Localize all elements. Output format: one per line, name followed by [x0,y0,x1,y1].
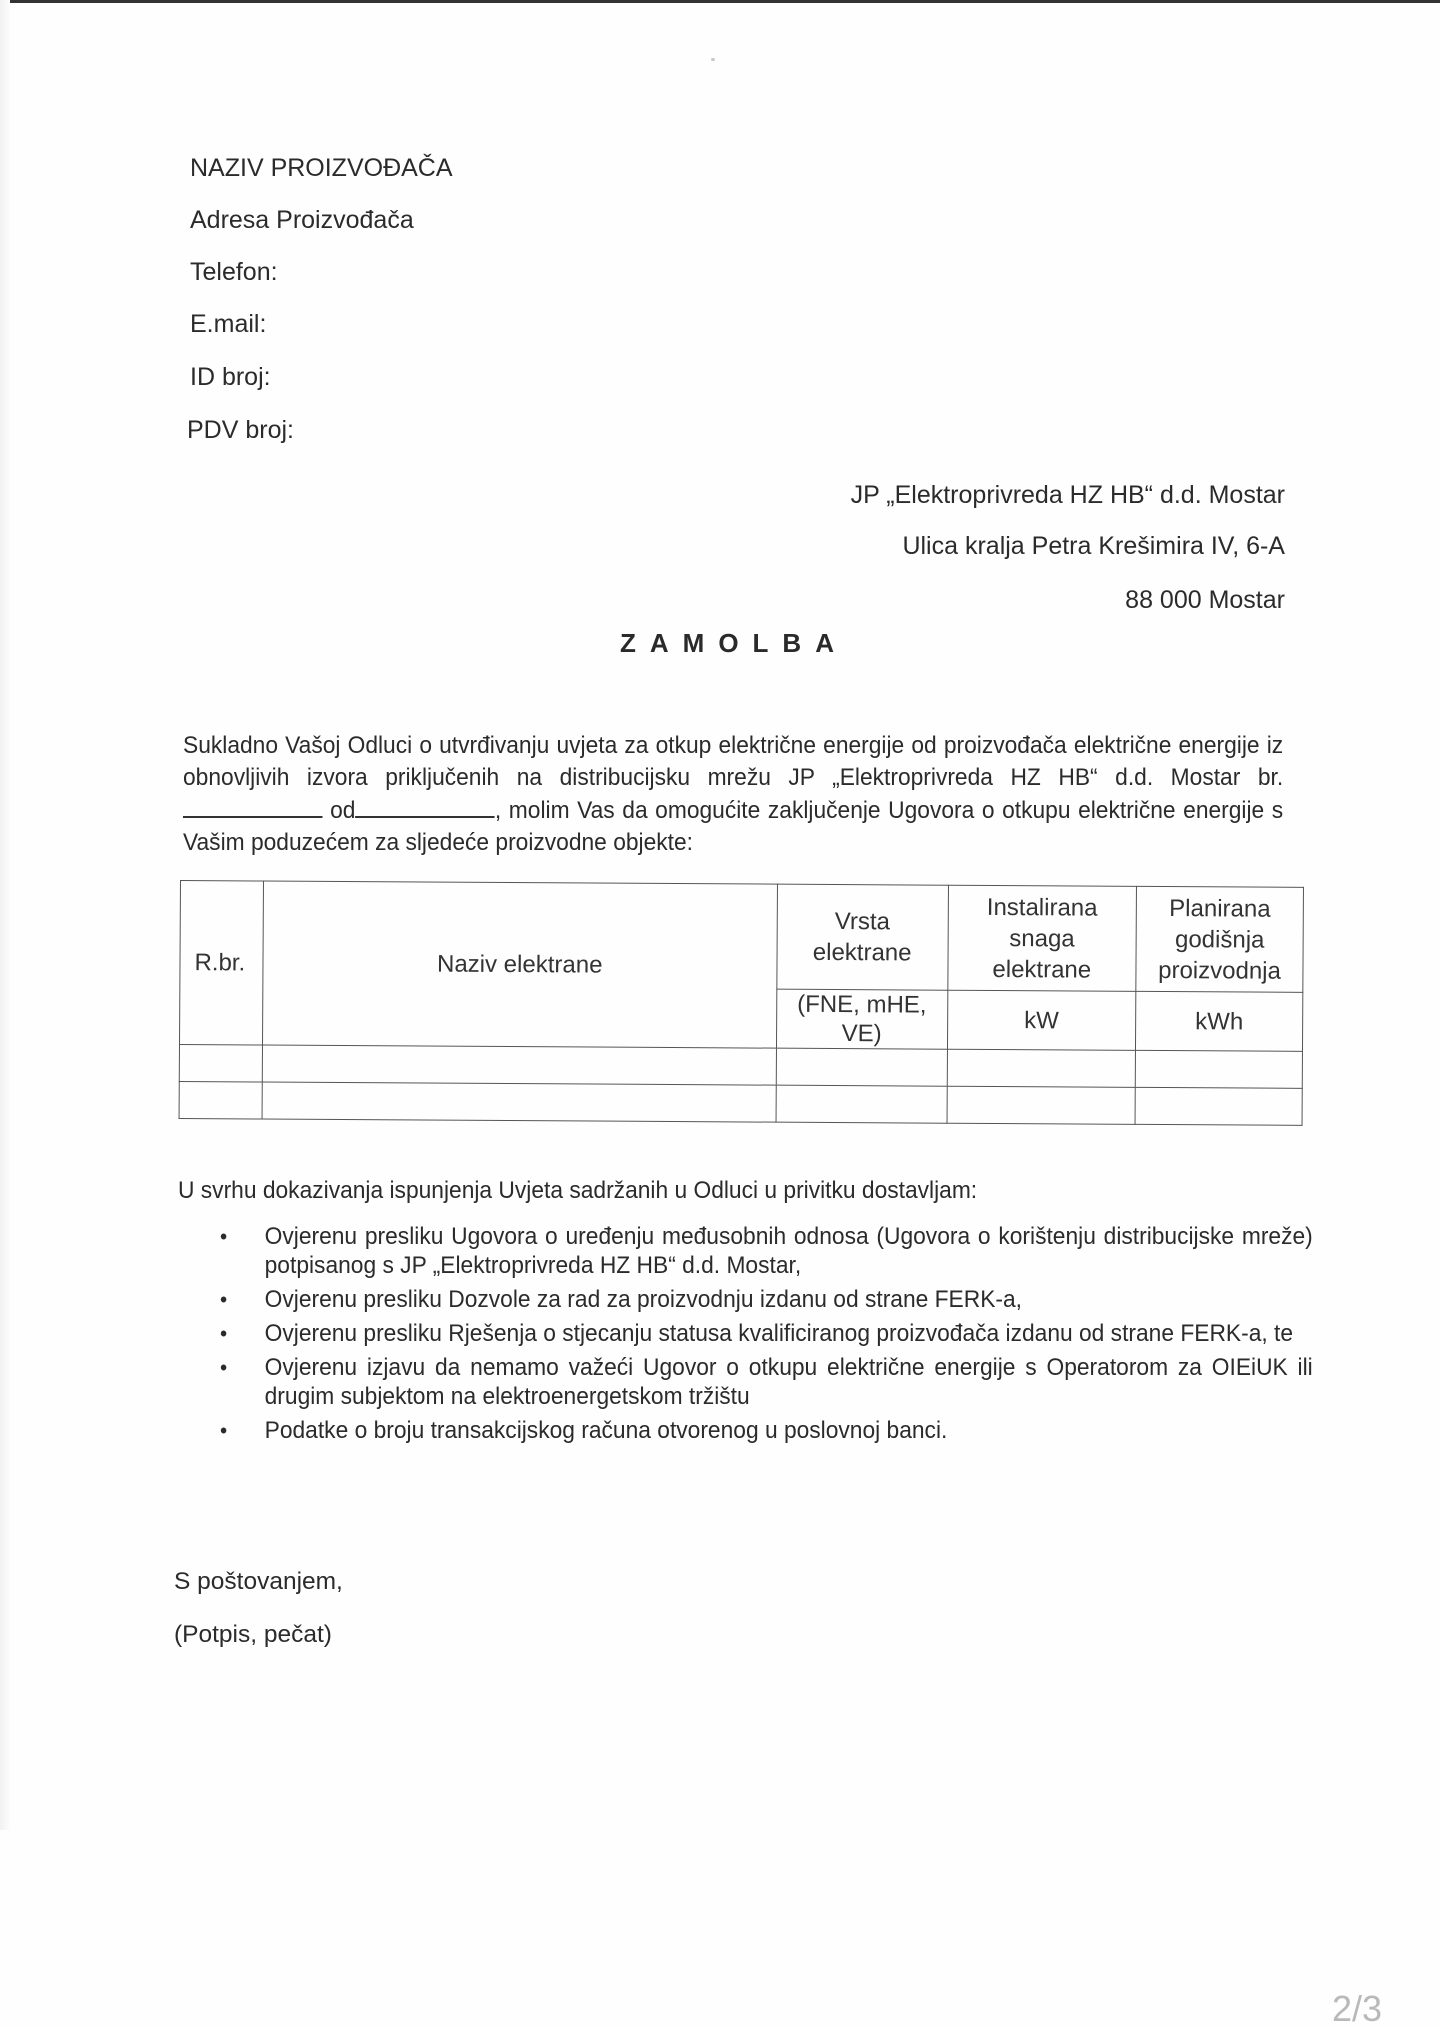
header-rbr: R.br. [179,881,263,1046]
table-row [179,1081,1302,1125]
cell-snaga[interactable] [947,1086,1136,1124]
paragraph-part1: Sukladno Vašoj Odluci o utvrđivanju uvje… [183,732,1283,791]
cell-snaga[interactable] [947,1049,1136,1087]
bullet-icon: • [220,1285,227,1314]
document-title: ZAMOLBA [620,628,848,659]
scan-speck [711,58,715,61]
cell-plan[interactable] [1135,1050,1302,1088]
list-item: •Podatke o broju transakcijskog računa o… [220,1416,1313,1445]
cell-vrsta[interactable] [776,1048,947,1086]
recipient-line3: 88 000 Mostar [1125,586,1285,615]
cell-naziv[interactable] [262,1082,776,1122]
bullet-icon: • [220,1222,227,1251]
sender-vat-label: PDV broj: [187,416,294,445]
list-item: •Ovjerenu presliku Ugovora o uređenju me… [220,1222,1313,1280]
sender-email-label: E.mail: [190,310,266,339]
recipient-line1: JP „Elektroprivreda HZ HB“ d.d. Mostar [851,481,1285,510]
closing-signature: (Potpis, pečat) [174,1621,332,1649]
bullet-icon: • [220,1319,227,1348]
request-paragraph: Sukladno Vašoj Odluci o utvrđivanju uvje… [183,730,1283,859]
table-header-row: R.br. Naziv elektrane Vrsta elektrane In… [180,881,1304,993]
bullet-icon: • [220,1416,227,1445]
sender-id-label: ID broj: [190,363,271,392]
bullet-icon: • [220,1353,227,1382]
unit-snaga: kW [947,990,1136,1050]
paragraph-part2: od [323,797,356,824]
page-indicator: 2/3 [1332,1988,1382,2029]
recipient-line2: Ulica kralja Petra Krešimira IV, 6-A [902,532,1285,561]
sender-name: NAZIV PROIZVOĐAČA [190,154,453,183]
cell-vrsta[interactable] [776,1085,947,1123]
list-item: •Ovjerenu presliku Dozvole za rad za pro… [220,1285,1313,1314]
decision-date-blank[interactable] [355,794,495,818]
closing-regards: S poštovanjem, [174,1568,343,1596]
list-item: •Ovjerenu izjavu da nemamo važeći Ugovor… [220,1353,1313,1411]
header-naziv: Naziv elektrane [262,881,777,1048]
sender-phone-label: Telefon: [190,258,278,287]
power-plants-table: R.br. Naziv elektrane Vrsta elektrane In… [179,880,1304,1126]
list-item: •Ovjerenu presliku Rješenja o stjecanju … [220,1319,1313,1348]
decision-number-blank[interactable] [183,794,323,818]
attachments-list: •Ovjerenu presliku Ugovora o uređenju me… [220,1222,1313,1450]
header-snaga: Instalirana snaga elektrane [947,885,1136,991]
unit-vrsta: (FNE, mHE, VE) [776,989,947,1049]
scan-left-edge [0,0,10,1830]
cell-rbr[interactable] [179,1081,262,1119]
attachments-intro: U svrhu dokazivanja ispunjenja Uvjeta sa… [178,1177,977,1205]
header-vrsta: Vrsta elektrane [777,884,948,990]
cell-rbr[interactable] [179,1045,262,1083]
page-top-border [0,0,1440,3]
header-plan: Planirana godišnja proizvodnja [1136,886,1303,992]
unit-plan: kWh [1136,991,1303,1051]
cell-plan[interactable] [1135,1087,1302,1125]
cell-naziv[interactable] [262,1045,776,1085]
sender-address: Adresa Proizvođača [190,206,414,235]
